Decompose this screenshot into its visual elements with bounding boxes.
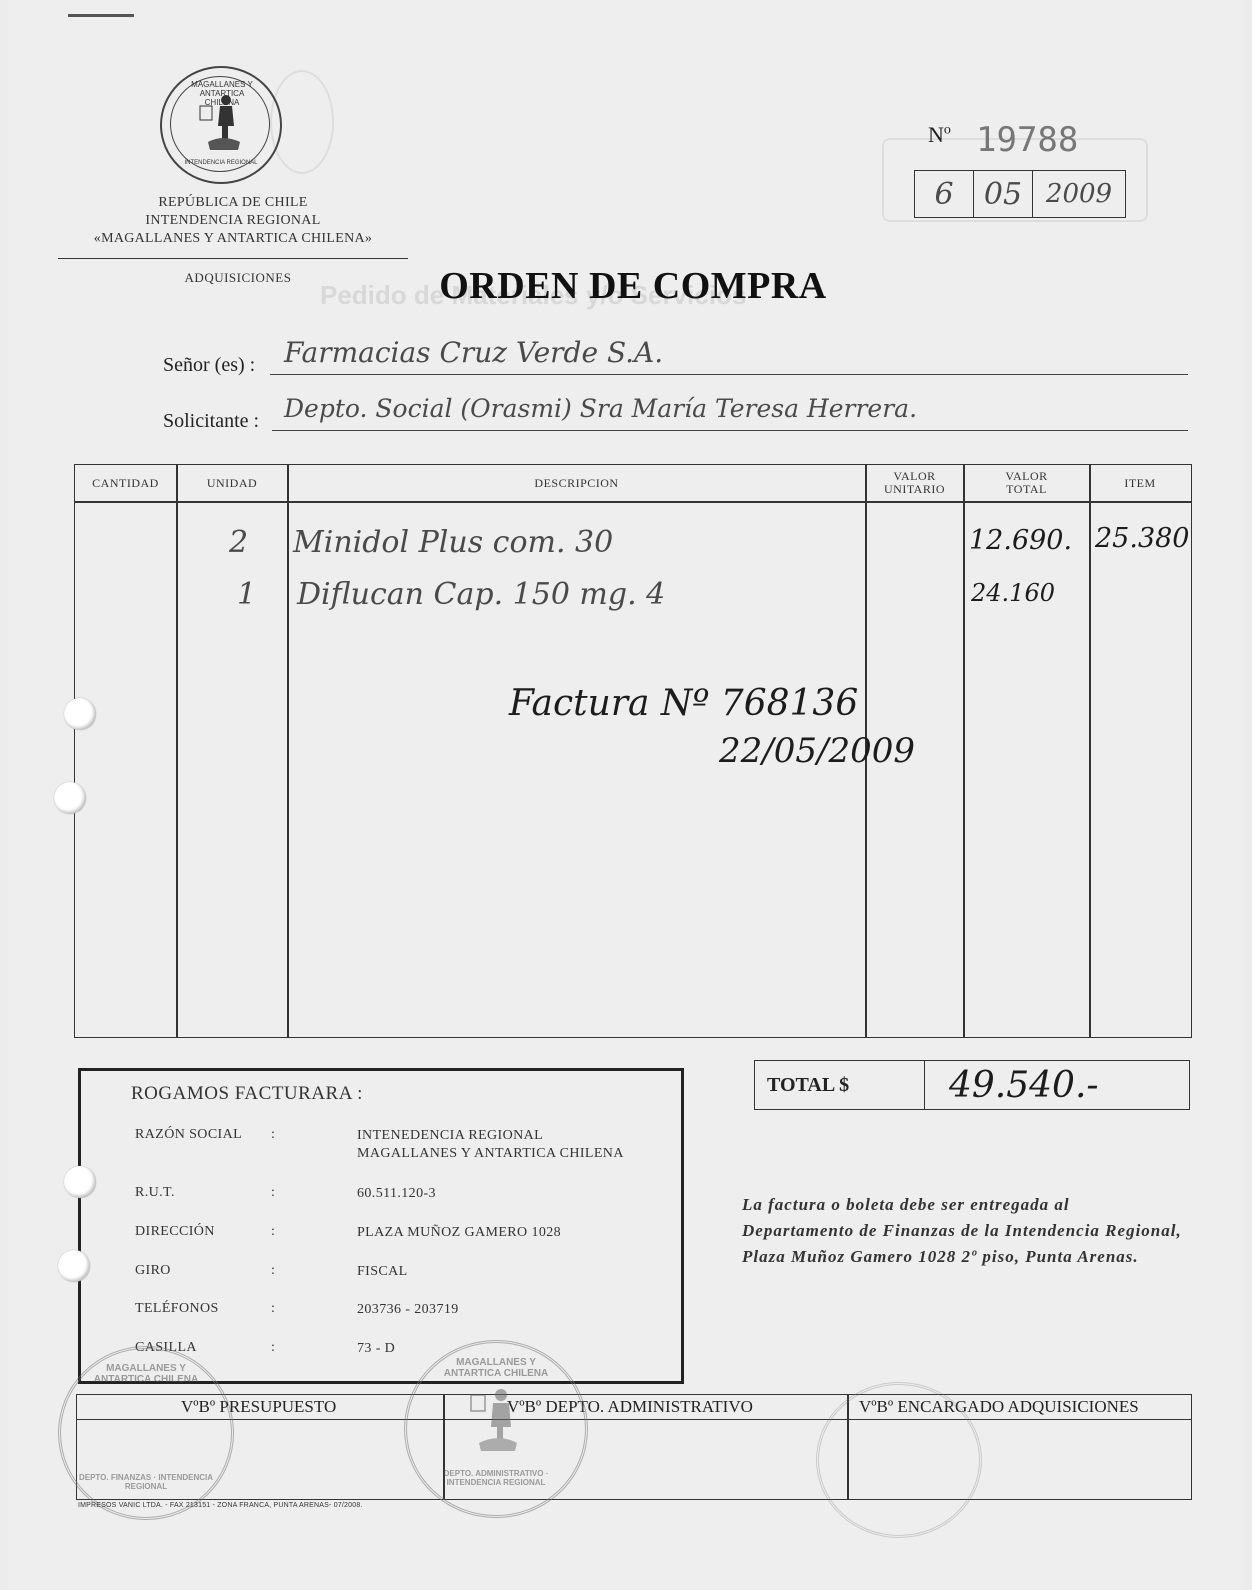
column-header-cantidad: CANTIDAD [75,465,176,501]
purchase-order-page: Pedido de Materiales y/o Servicios MAGAL… [8,0,1244,1590]
corner-mark [68,14,134,17]
punch-hole [64,1166,96,1198]
total-box: TOTAL $ 49.540.- [754,1060,1190,1110]
supplier-label: Señor (es) : [163,354,255,377]
row1-cantidad: 2 [229,525,248,560]
column-header-unidad: UNIDAD [177,465,287,501]
punch-hole [64,698,96,730]
invoice-date-annotation: 22/05/2009 [719,731,915,771]
total-value: 49.540.- [925,1061,1189,1109]
total-label: TOTAL $ [755,1061,925,1109]
row2-descripcion: Diflucan Cap. 150 mg. 4 [297,577,665,612]
header-divider [58,258,408,259]
order-number: 19788 [976,120,1078,160]
order-number-label: No [928,122,951,148]
printer-imprint: IMPRESOS VANIC LTDA. - FAX 213151 - ZONA… [78,1502,363,1509]
seal-bottom-text: INTENDENCIA REGIONAL [178,160,264,166]
requester-label: Solicitante : [163,410,259,433]
column-header-descripcion: DESCRIPCION [288,465,865,501]
document-title: ORDEN DE COMPRA [388,264,878,308]
organization-header: REPÚBLICA DE CHILE INTENDENCIA REGIONAL … [58,194,408,248]
faint-stamp-icon [816,1382,982,1538]
org-line-region: «MAGALLANES Y ANTARTICA CHILENA» [58,230,408,248]
row2-cantidad: 1 [237,577,256,612]
column-header-valor-unitario: VALOR UNITARIO [866,465,963,501]
supplier-line [270,374,1188,375]
billing-info-box: ROGAMOS FACTURARA : RAZÓN SOCIAL: INTENE… [78,1068,684,1384]
org-line-entity: INTENDENCIA REGIONAL [58,212,408,230]
billing-title: ROGAMOS FACTURARA : [131,1083,363,1105]
punch-hole [58,1250,90,1282]
row1-valor-total: 12.690. [969,525,1072,556]
punch-hole [54,782,86,814]
regional-seal-icon: MAGALLANES Y ANTARTICA CHILENA INTENDENC… [160,66,282,184]
org-line-country: REPÚBLICA DE CHILE [58,194,408,212]
column-header-valor-total: VALOR TOTAL [964,465,1089,501]
row1-descripcion: Minidol Plus com. 30 [293,525,613,560]
supplier-value: Farmacias Cruz Verde S.A. [284,336,663,369]
date-year: 2009 [1033,171,1125,217]
date-day: 6 [915,171,974,217]
requester-value: Depto. Social (Orasmi) Sra María Teresa … [284,394,917,423]
items-table: CANTIDAD UNIDAD DESCRIPCION VALOR UNITAR… [74,464,1192,1038]
invoice-annotation: Factura Nº 768136 [509,683,858,724]
admin-stamp-icon: MAGALLANES Y ANTARTICA CHILENA DEPTO. AD… [404,1340,588,1518]
delivery-note: La factura o boleta debe ser entregada a… [742,1192,1182,1270]
row2-valor-total: 24.160 [971,579,1055,607]
row1-item: 25.380 [1095,523,1189,554]
approval-signatures-table: VºBº PRESUPUESTO VºBº DEPTO. ADMINISTRAT… [76,1394,1192,1500]
department-label: ADQUISICIONES [148,270,328,286]
order-date: 6 05 2009 [914,170,1126,218]
date-month: 05 [974,171,1033,217]
column-header-item: ITEM [1090,465,1190,501]
finance-stamp-icon: MAGALLANES Y ANTARTICA CHILENA DEPTO. FI… [58,1346,234,1520]
requester-line [272,430,1188,431]
navigator-figure-icon [198,92,248,152]
